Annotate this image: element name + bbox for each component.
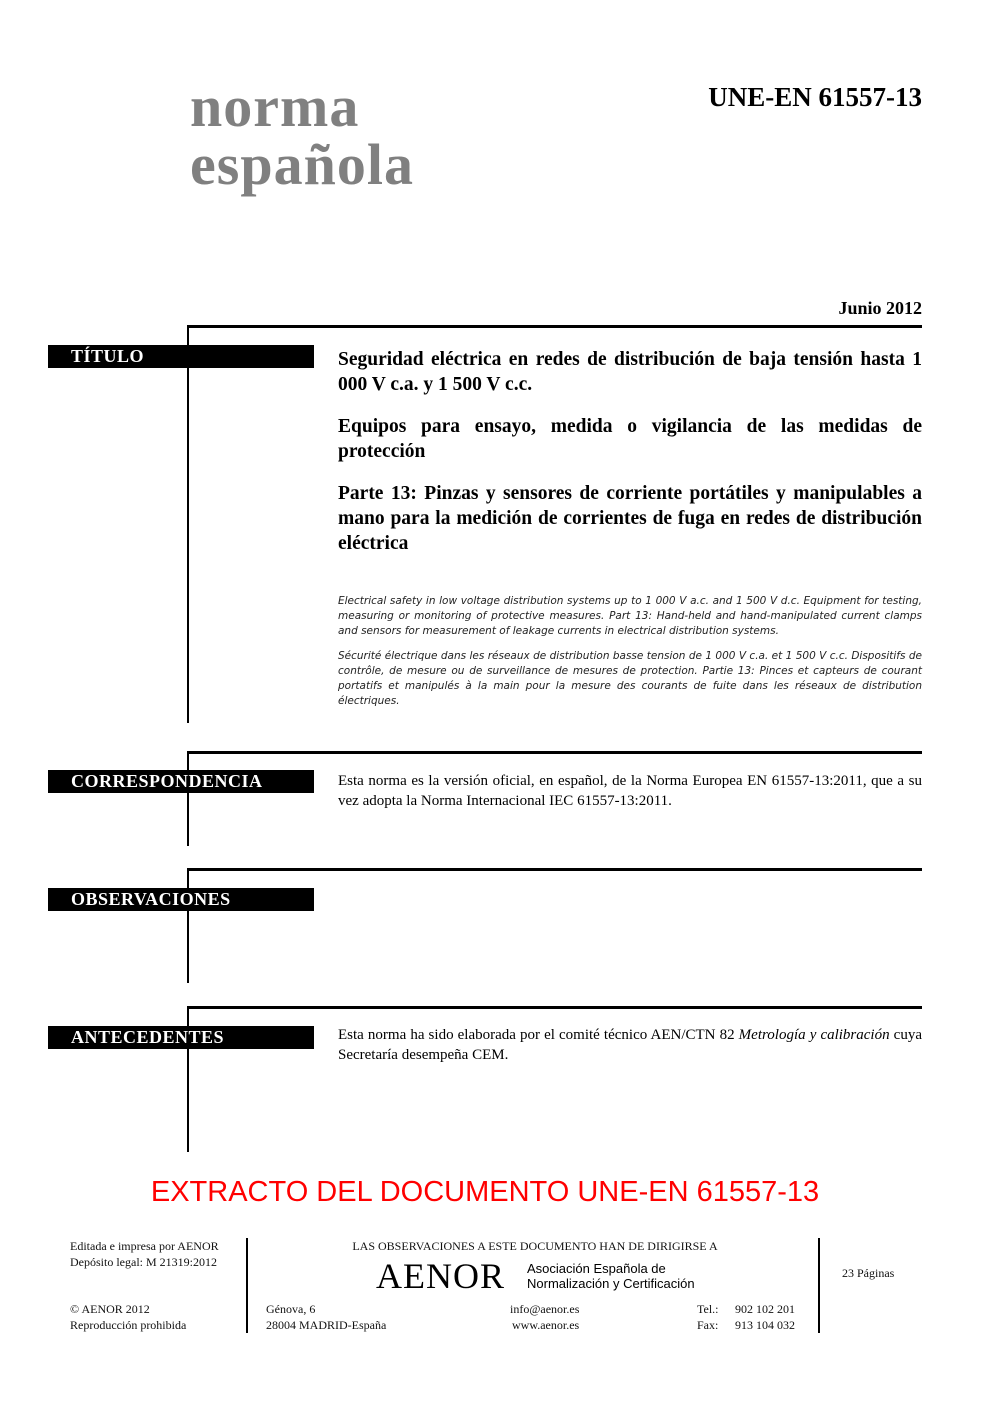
section-divider-antecedentes [187,1006,922,1009]
standard-code: UNE-EN 61557-13 [708,82,922,113]
section-label-observaciones: OBSERVACIONES [48,888,314,911]
aenor-logo-text: AENOR [376,1255,505,1297]
section-divider-titulo [187,325,922,328]
address-city: 28004 MADRID-España [266,1317,386,1333]
brand-line-1: norma [190,78,414,136]
tel-label: Tel.: [697,1301,719,1317]
copyright-line: © AENOR 2012 [70,1301,186,1317]
title-es-part: Parte 13: Pinzas y sensores de corriente… [338,481,922,556]
contact-email[interactable]: info@aenor.es [510,1301,579,1317]
section-divider-correspondencia [187,751,922,754]
address-street: Génova, 6 [266,1301,386,1317]
title-english: Electrical safety in low voltage distrib… [338,594,922,639]
footer-copyright: © AENOR 2012 Reproducción prohibida [70,1301,186,1333]
aenor-sub-line-1: Asociación Española de [527,1261,695,1276]
section-label-titulo: TÍTULO [48,345,314,368]
brand-heading: norma española [190,78,414,194]
title-es-sub: Equipos para ensayo, medida o vigilancia… [338,414,922,464]
extract-watermark: EXTRACTO DEL DOCUMENTO UNE-EN 61557-13 [0,1176,970,1209]
footer-address: Génova, 6 28004 MADRID-España [266,1301,386,1333]
tel-value: 902 102 201 [735,1301,795,1317]
observations-header: LAS OBSERVACIONES A ESTE DOCUMENTO HAN D… [250,1238,820,1254]
title-block: Seguridad eléctrica en redes de distribu… [338,347,922,573]
publication-date: Junio 2012 [838,298,922,319]
fax-value: 913 104 032 [735,1317,795,1333]
footer-contact-web: info@aenor.es www.aenor.es [510,1301,579,1333]
footer-phone-values: 902 102 201 913 104 032 [735,1301,795,1333]
antecedentes-text: Esta norma ha sido elaborada por el comi… [338,1025,922,1065]
aenor-logo: AENOR Asociación Española de Normalizaci… [376,1255,695,1297]
committee-name: Metrología y calibración [739,1027,890,1043]
antecedentes-text-start: Esta norma ha sido elaborada por el comi… [338,1027,739,1043]
aenor-logo-subtitle: Asociación Española de Normalización y C… [527,1261,695,1291]
brand-line-2: española [190,136,414,194]
title-translations: Electrical safety in low voltage distrib… [338,594,922,719]
section-vertical-rule-correspondencia [187,751,189,846]
legal-deposit: Depósito legal: M 21319:2012 [70,1254,219,1270]
title-french: Sécurité électrique dans les réseaux de … [338,649,922,709]
section-label-antecedentes: ANTECEDENTES [48,1026,314,1049]
footer-publisher: Editada e impresa por AENOR Depósito leg… [70,1238,219,1270]
footer-phone-labels: Tel.: Fax: [697,1301,719,1333]
footer-divider-right [818,1238,820,1333]
page-count: 23 Páginas [842,1265,894,1281]
section-divider-observaciones [187,868,922,871]
title-es-main: Seguridad eléctrica en redes de distribu… [338,347,922,397]
fax-label: Fax: [697,1317,719,1333]
section-vertical-rule-observaciones [187,868,189,983]
contact-website[interactable]: www.aenor.es [510,1317,579,1333]
footer-divider-left [246,1238,248,1333]
reproduction-notice: Reproducción prohibida [70,1317,186,1333]
aenor-sub-line-2: Normalización y Certificación [527,1276,695,1291]
correspondencia-text: Esta norma es la versión oficial, en esp… [338,771,922,811]
publisher-line: Editada e impresa por AENOR [70,1238,219,1254]
section-label-correspondencia: CORRESPONDENCIA [48,770,314,793]
section-vertical-rule-titulo [187,325,189,723]
